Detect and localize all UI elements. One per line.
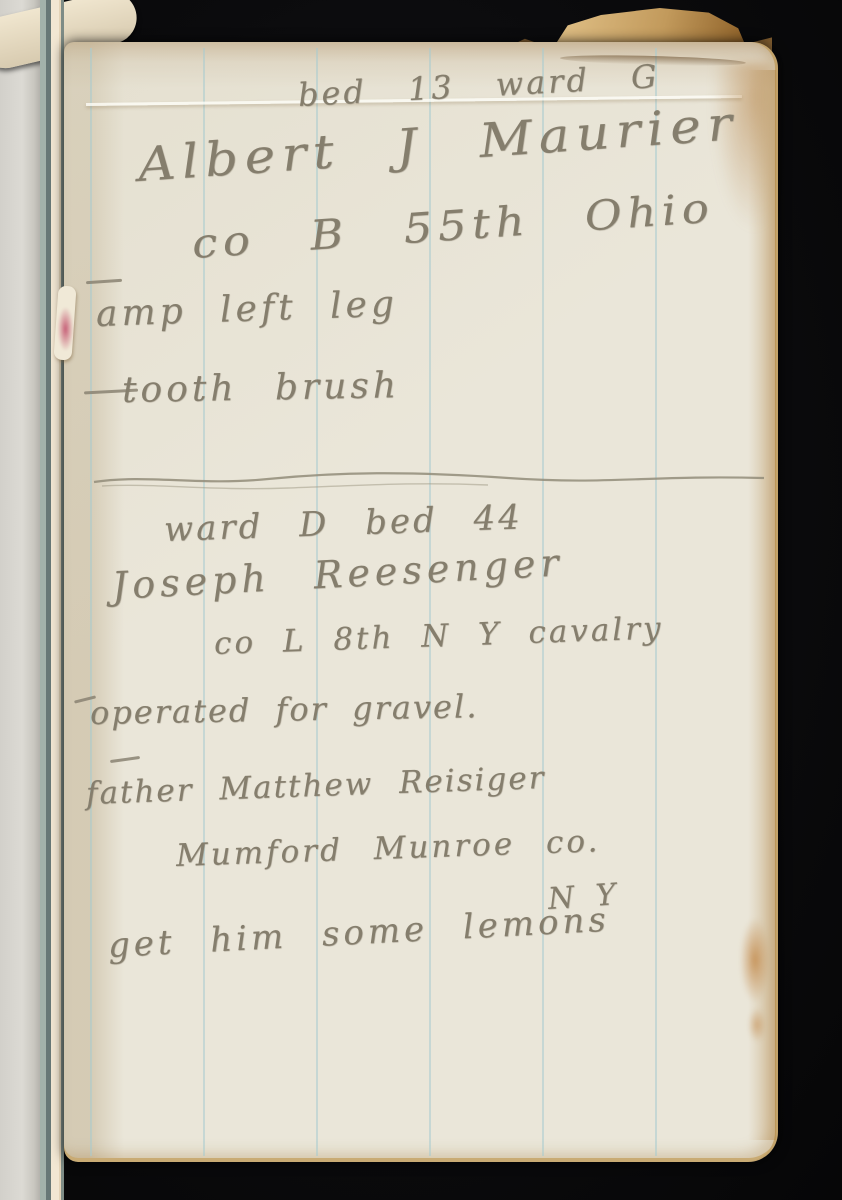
pencil-divider-line	[88, 466, 772, 492]
entry1-toothbrush-note: tooth brush	[122, 365, 401, 411]
glass-edge-strip	[40, 0, 64, 1200]
entry2-operation-note: operated for gravel.	[90, 687, 479, 732]
notebook-photo: bed 13 ward G Albert J Maurier co B 55th…	[0, 0, 842, 1200]
facing-page-edge	[0, 0, 40, 1200]
